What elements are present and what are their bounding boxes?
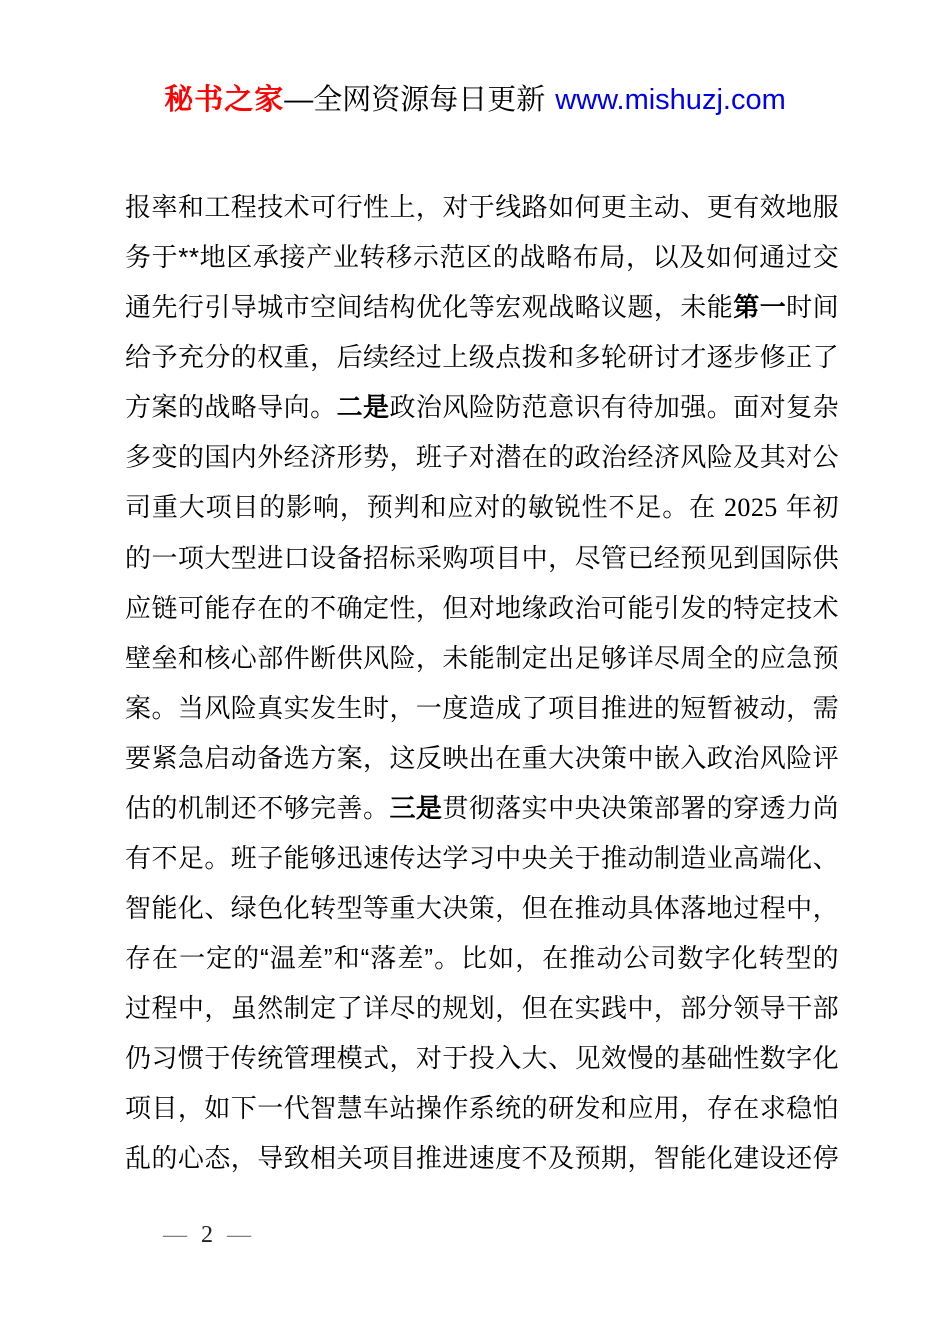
text-run: 贯彻落实中央决策部署的穿透力尚有不足。班子能够迅速传达学习中央关于推动制造业高端… [125, 793, 839, 1173]
site-name-text: 秘书之家 [164, 84, 284, 116]
text-run: 第一 [733, 292, 786, 322]
page-header: 秘书之家—全网资源每日更新www.mishuzj.com [0, 82, 950, 118]
page-number-left-dash: — [163, 1222, 187, 1248]
page-number: —2— [163, 1220, 251, 1250]
document-body-paragraph: 报率和工程技术可行性上，对于线路如何更主动、更有效地服务于**地区承接产业转移示… [125, 182, 839, 1183]
text-run: 2025 [724, 493, 778, 522]
text-run: 年初的一项大型进口设备招标采购项目中，尽管已经预见到国际供应链可能存在的不确定性… [125, 492, 839, 823]
site-tagline-text: —全网资源每日更新 [284, 84, 545, 116]
page-number-right-dash: — [227, 1222, 251, 1248]
site-url-link[interactable]: www.mishuzj.com [555, 84, 785, 116]
text-run: 报率和工程技术可行性上，对于线路如何更主动、更有效地服务于**地区承接产业转移示… [125, 192, 839, 322]
text-run: 二是 [337, 392, 390, 422]
text-run: 三是 [389, 793, 442, 823]
page-number-value: 2 [201, 1222, 213, 1248]
document-page: 秘书之家—全网资源每日更新www.mishuzj.com 报率和工程技术可行性上… [0, 0, 950, 1344]
